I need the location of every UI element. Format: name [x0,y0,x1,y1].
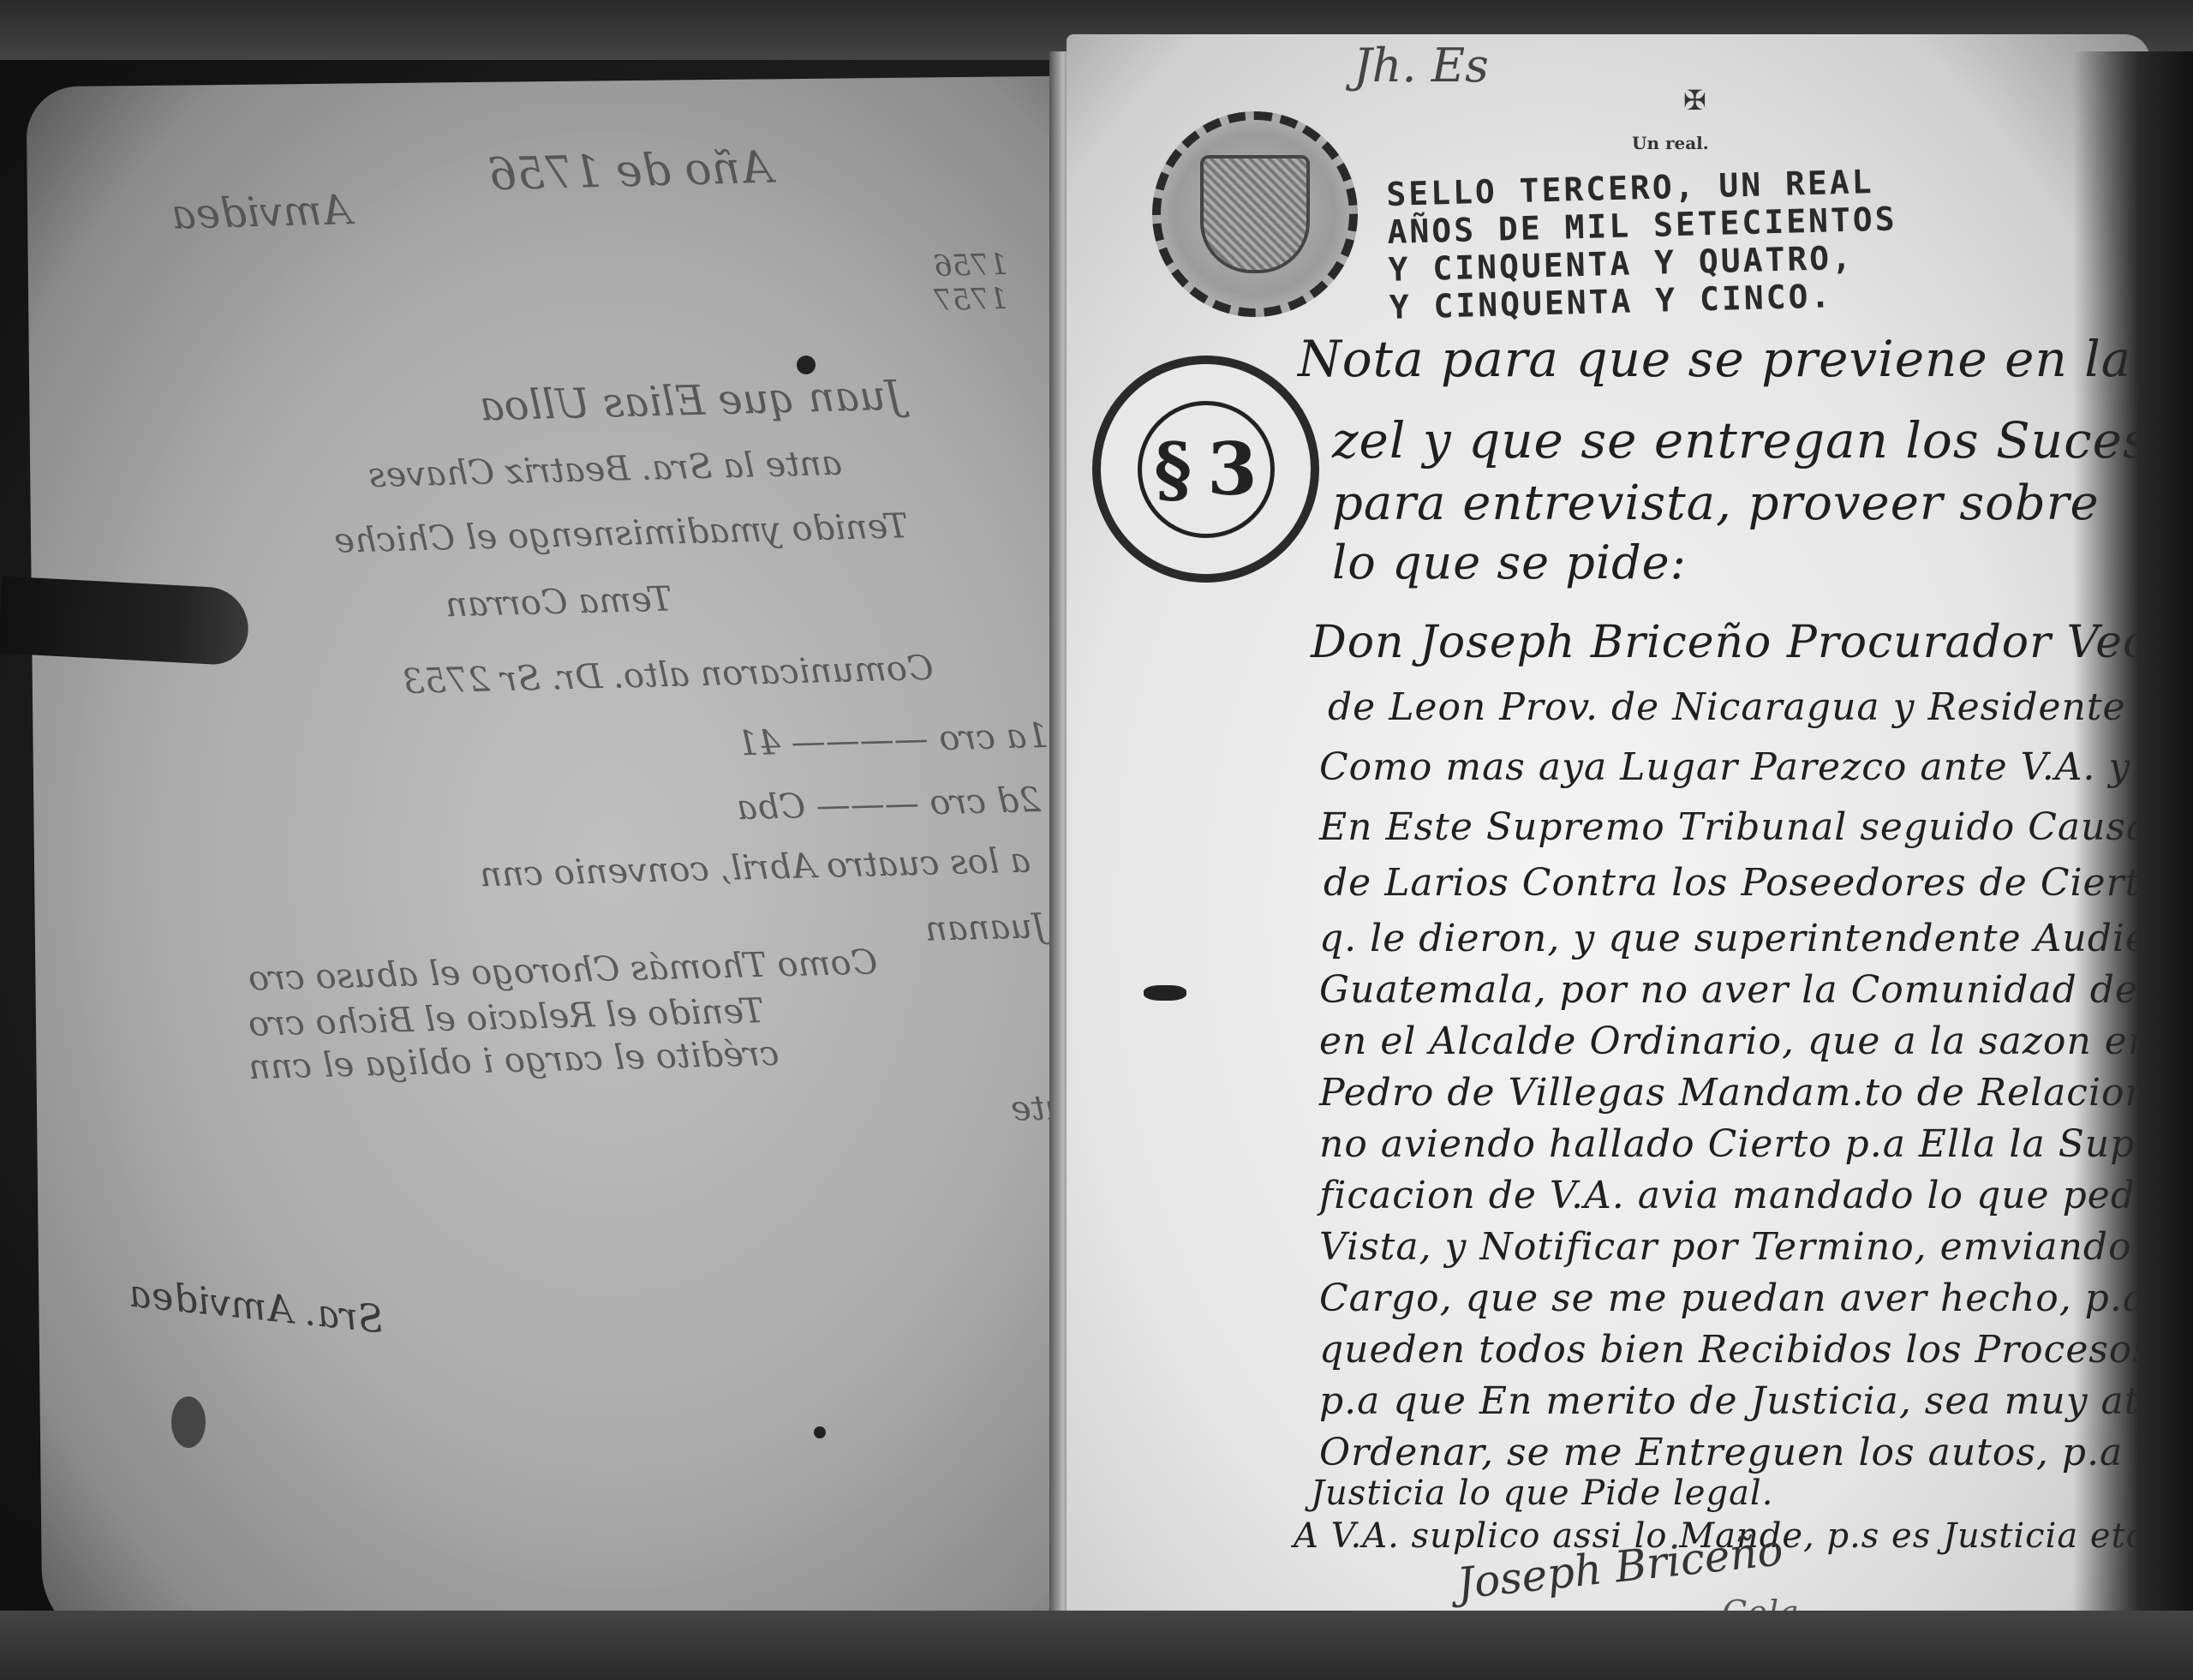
bottom-edge-shadow [0,1611,2193,1680]
body-line: Cargo, que se me puedan aver hecho, p.a … [1319,1276,2193,1320]
body-line: Vista, y Notificar por Termino, emviando… [1319,1225,2193,1269]
section-symbol: § [1154,427,1192,511]
body-line: Pedro de Villegas Mandam.to de Relacion … [1319,1071,2193,1115]
right-edge-shadow [2073,51,2193,1679]
body-line: queden todos bien Recibidos los Procesos… [1319,1328,2193,1372]
header-line: para entrevista, proveer sobre [1332,475,2100,531]
page-top-annotation: Jh. Es [1353,39,1489,93]
body-line: q. le dieron, y que superintendente Audi… [1319,917,2193,960]
body-line: p.a que En merito de Justicia, sea muy a… [1319,1379,2193,1423]
body-line: en el Alcalde Ordinario, que a la sazon … [1319,1019,2193,1063]
stamp-value-label: Un real. [1632,133,1709,153]
body-line: ficacion de V.A. avia mandado lo que ped… [1319,1174,2193,1217]
tercero-seal-icon: § 3 [1092,356,1319,583]
header-line: Nota para que se previene en la Cam [1298,330,2193,388]
body-line: Ordenar, se me Entreguen los autos, p.a … [1319,1431,2193,1474]
left-line: Tema Corran [445,580,672,625]
left-header-year: Año de 1756 [487,142,773,201]
left-margin-year-1: 1756 [933,248,1008,284]
royal-seal-icon [1152,111,1358,317]
seal-center: § 3 [1138,401,1275,538]
body-line: de Larios Contra los Poseedores de Ciert… [1324,861,2193,905]
left-header-word: Amvidea [170,186,352,238]
left-line: Juanan [924,906,1046,949]
header-line: lo que se pide: [1332,535,1687,589]
header-line: zel y que se entregan los Sucesos [1332,411,2193,469]
body-line: no aviendo hallado Cierto p.a Ella la Su… [1319,1122,2193,1166]
cross-icon: ✠ [1683,84,1706,117]
body-line: Guatemala, por no aver la Comunidad de J… [1319,968,2193,1012]
ink-blot [1144,985,1186,1001]
body-line: Como mas aya Lugar Parezco ante V.A. y d… [1319,745,2193,789]
finger-shadow [0,576,250,666]
body-line: Don Joseph Briceño Procurador Vecino de … [1311,617,2193,668]
coat-of-arms-icon [1200,155,1310,273]
ink-blot [797,356,816,374]
sello-tercero-stamp: SELLO TERCERO, UN REAL AÑOS DE MIL SETEC… [1386,158,2041,326]
body-line: de Leon Prov. de Nicaragua y Residente E… [1328,685,2193,729]
ink-stain [171,1396,206,1448]
body-line: Justicia lo que Pide legal. [1311,1474,1773,1513]
seal-number: 3 [1207,427,1257,511]
left-margin-year-2: 1757 [933,282,1008,318]
ink-blot [814,1426,826,1438]
body-line: En Este Supremo Tribunal seguido Causa D… [1319,805,2193,849]
